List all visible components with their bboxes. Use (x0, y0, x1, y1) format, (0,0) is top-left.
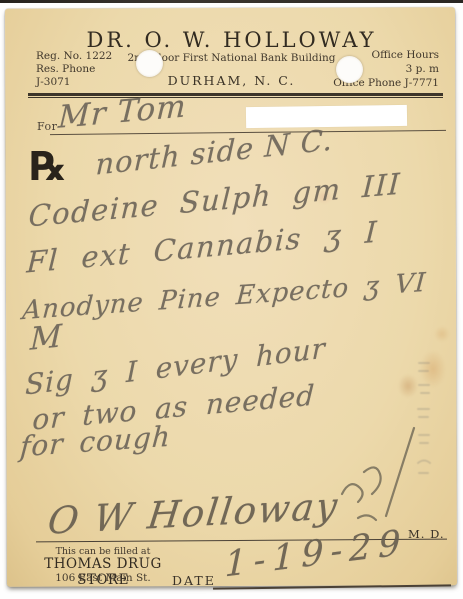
rx-symbol: ℞ (30, 144, 66, 190)
rx-line-misce: M (29, 318, 62, 358)
for-label: For (37, 120, 57, 133)
pencil-scribble-mark (330, 420, 430, 530)
md-label: M. D. (408, 527, 445, 541)
scan-edge (0, 0, 463, 3)
drug-store-address: 106 East Main St. (30, 572, 176, 584)
hole-punch (136, 50, 163, 77)
prescription-scan-page: DR. O. W. HOLLOWAY Reg. No. 1222 Res. Ph… (0, 0, 463, 599)
date-label: DATE (172, 573, 216, 588)
hole-punch (336, 56, 363, 83)
paper-stain (434, 326, 450, 342)
name-redaction-box (246, 105, 407, 128)
